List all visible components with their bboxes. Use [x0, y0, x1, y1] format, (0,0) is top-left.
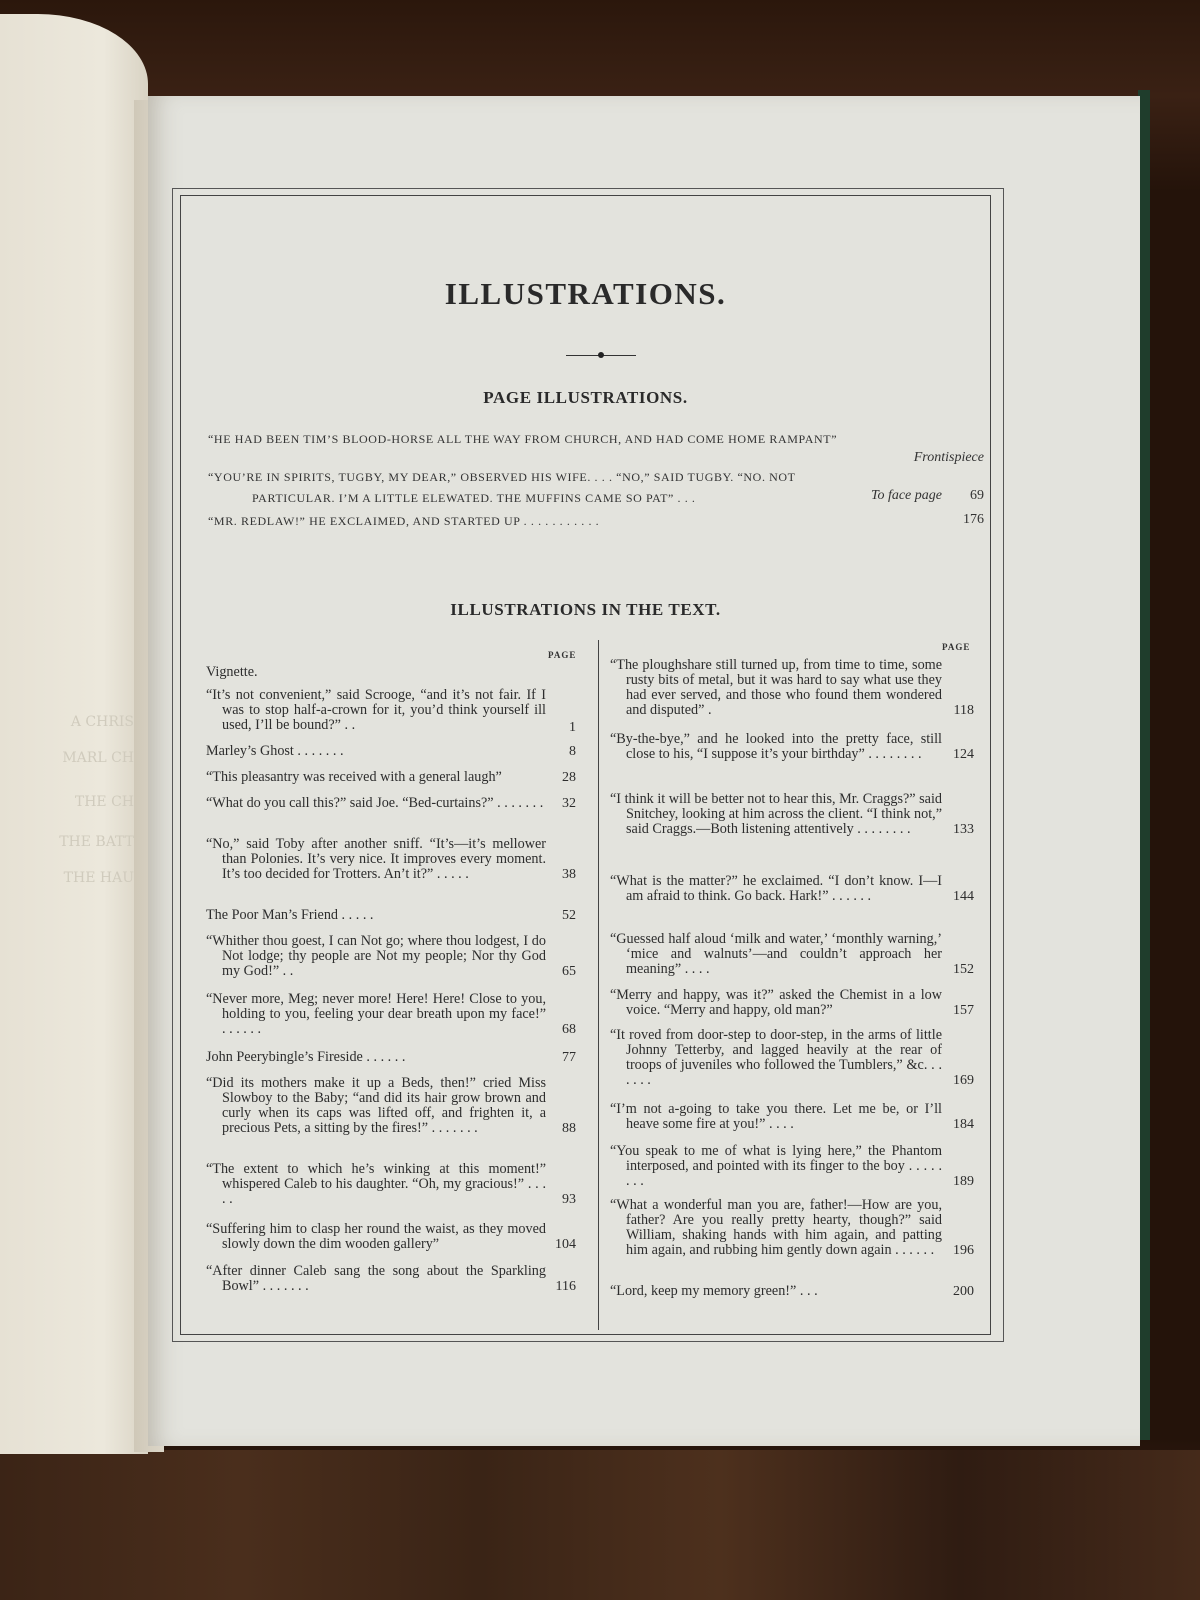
- list-item: “By-the-bye,” and he looked into the pre…: [610, 732, 974, 762]
- page-title: ILLUSTRATIONS.: [180, 276, 991, 312]
- illustration-page-number: 176: [963, 512, 984, 528]
- list-item: “What is the matter?” he exclaimed. “I d…: [610, 874, 974, 904]
- list-item: “After dinner Caleb sang the song about …: [206, 1264, 576, 1294]
- illustration-location: To face page: [871, 488, 942, 504]
- list-item: “It roved from door-step to door-step, i…: [610, 1028, 974, 1088]
- list-item: “You speak to me of what is lying here,”…: [610, 1144, 974, 1189]
- list-item: “I think it will be better not to hear t…: [610, 792, 974, 837]
- list-item: “This pleasantry was received with a gen…: [206, 770, 576, 785]
- page-illustration-item: “You’re in spirits, Tugby, my dear,” obs…: [208, 470, 984, 514]
- page-column-header-left: PAGE: [548, 650, 576, 660]
- list-item: “Did its mothers make it up a Beds, then…: [206, 1076, 576, 1136]
- list-item: “It’s not convenient,” said Scrooge, “an…: [206, 688, 576, 735]
- illustration-caption: “Mr. Redlaw!” he exclaimed, and started …: [208, 514, 599, 528]
- page-column-header-right: PAGE: [942, 642, 970, 652]
- section-heading-text-illustrations: ILLUSTRATIONS IN THE TEXT.: [180, 600, 991, 620]
- list-item: The Poor Man’s Friend . . . . .52: [206, 908, 576, 923]
- list-item: “No,” said Toby after another sniff. “It…: [206, 837, 576, 882]
- left-page: A CHRIS MARL CH THE CH THE BATT THE HAU: [0, 14, 148, 1454]
- illustration-caption-line1: “You’re in spirits, Tugby, my dear,” obs…: [208, 470, 984, 485]
- illustration-caption: “He had been Tim’s blood-horse all the w…: [208, 432, 837, 446]
- list-item: “Merry and happy, was it?” asked the Che…: [610, 988, 974, 1018]
- illustration-page-number: 69: [970, 488, 984, 504]
- list-item: “What do you call this?” said Joe. “Bed-…: [206, 796, 576, 811]
- list-item: “Guessed half aloud ‘milk and water,’ ‘m…: [610, 932, 974, 977]
- list-item: John Peerybingle’s Fireside . . . . . .7…: [206, 1050, 576, 1065]
- list-item: “I’m not a-going to take you there. Let …: [610, 1102, 974, 1132]
- illustration-caption-line2: particular. I’m a little elewated. The m…: [208, 491, 984, 506]
- list-item: Vignette.: [206, 665, 576, 680]
- list-item: “What a wonderful man you are, father!—H…: [610, 1198, 974, 1258]
- list-item: “Suffering him to clasp her round the wa…: [206, 1222, 576, 1252]
- page-illustration-item: “Mr. Redlaw!” he exclaimed, and started …: [208, 514, 984, 534]
- list-item: “Lord, keep my memory green!” . . .200: [610, 1284, 974, 1299]
- page-illustrations-list: “He had been Tim’s blood-horse all the w…: [208, 432, 984, 534]
- ornament-divider: [566, 352, 636, 358]
- wooden-table-foreground: [0, 1450, 1200, 1600]
- column-divider: [598, 640, 599, 1330]
- list-item: “The ploughshare still turned up, from t…: [610, 658, 974, 718]
- page-illustration-item: “He had been Tim’s blood-horse all the w…: [208, 432, 984, 470]
- list-item: “The extent to which he’s winking at thi…: [206, 1162, 576, 1207]
- list-item: “Never more, Meg; never more! Here! Here…: [206, 992, 576, 1037]
- illustration-location: Frontispiece: [914, 450, 984, 466]
- section-heading-page-illustrations: PAGE ILLUSTRATIONS.: [180, 388, 991, 408]
- list-item: Marley’s Ghost . . . . . . .8: [206, 744, 576, 759]
- list-item: “Whither thou goest, I can Not go; where…: [206, 934, 576, 979]
